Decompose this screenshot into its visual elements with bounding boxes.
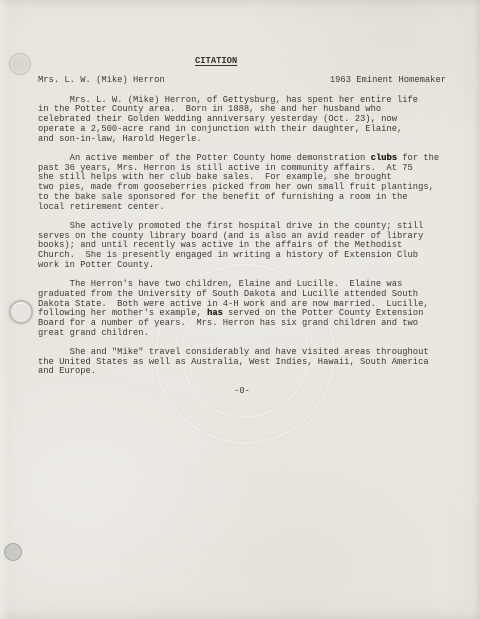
text-line: the United States as well as Australia, … — [38, 358, 446, 368]
document-title: CITATION — [195, 57, 237, 67]
paragraph: She actively promoted the first hospital… — [38, 222, 446, 271]
scanned-document-page: CITATION Mrs. L. W. (Mike) Herron 1963 E… — [0, 0, 480, 619]
punch-hole-bottom — [4, 543, 22, 561]
paragraph: The Herron's have two children, Elaine a… — [38, 280, 446, 338]
end-mark: -0- — [38, 387, 446, 397]
punch-hole-top — [9, 53, 31, 75]
text-line: great grand children. — [38, 329, 446, 339]
title-row: CITATION — [38, 57, 446, 67]
text-line: and Europe. — [38, 367, 446, 377]
paragraph: Mrs. L. W. (Mike) Herron, of Gettysburg,… — [38, 96, 446, 145]
punch-hole-middle — [9, 300, 33, 324]
award-title: 1963 Eminent Homemaker — [330, 76, 446, 86]
paragraph: She and "Mike" travel considerably and h… — [38, 348, 446, 377]
document-body: Mrs. L. W. (Mike) Herron, of Gettysburg,… — [38, 96, 446, 377]
text-line: and son-in-law, Harold Hegerle. — [38, 135, 446, 145]
text-line: local retirement center. — [38, 203, 446, 213]
paragraph: An active member of the Potter County ho… — [38, 154, 446, 212]
recipient-name: Mrs. L. W. (Mike) Herron — [38, 76, 165, 86]
document-header: Mrs. L. W. (Mike) Herron 1963 Eminent Ho… — [38, 76, 446, 86]
document-content: CITATION Mrs. L. W. (Mike) Herron 1963 E… — [38, 57, 446, 397]
text-line: work in Potter County. — [38, 261, 446, 271]
